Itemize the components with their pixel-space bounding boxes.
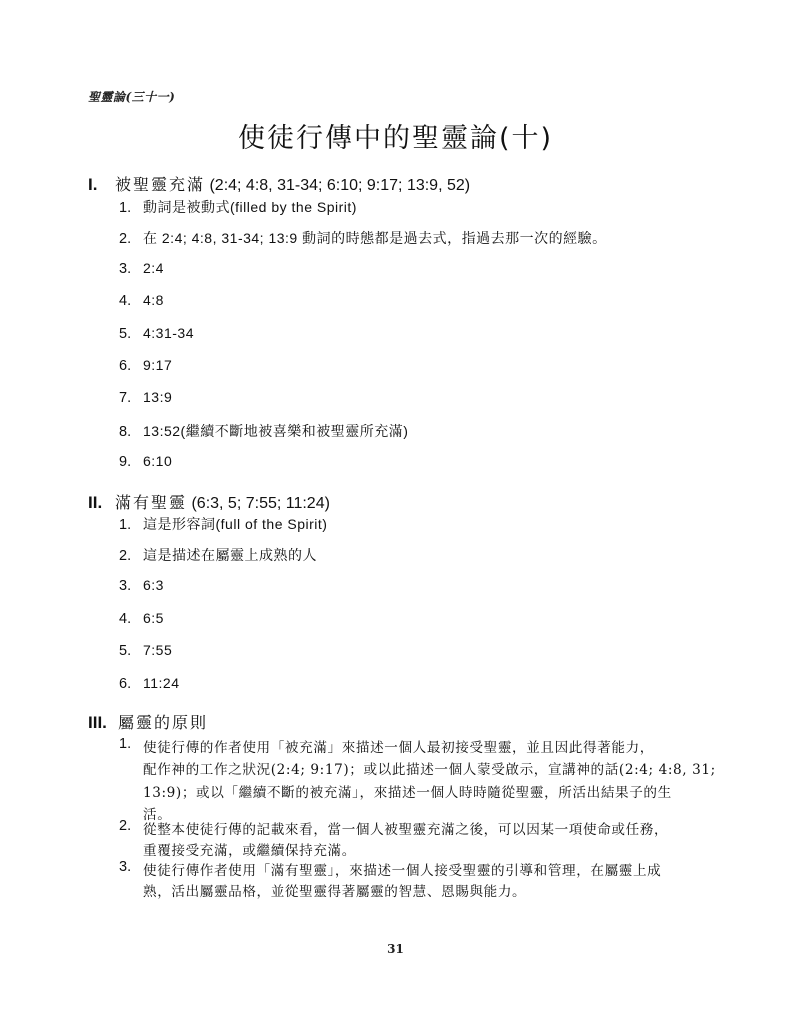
paragraph-line: 熟，活出屬靈品格，並從聖靈得著屬靈的智慧、恩賜與能力。 xyxy=(143,880,526,900)
list-item: 4.4:8 xyxy=(119,292,164,309)
list-item: 2.在 2:4; 4:8, 31-34; 13:9 動詞的時態都是過去式，指過去… xyxy=(119,228,607,248)
section-references: (2:4; 4:8, 31-34; 6:10; 9:17; 13:9, 52) xyxy=(209,177,470,194)
paragraph-line: 重覆接受充滿，或繼續保持充滿。 xyxy=(143,839,356,859)
paragraph-number: 1. xyxy=(119,736,131,752)
list-item: 6.9:17 xyxy=(119,357,172,374)
section-number: II. xyxy=(88,493,115,513)
section-number: III. xyxy=(88,713,118,733)
paragraph-number: 3. xyxy=(119,859,131,875)
list-item: 9.6:10 xyxy=(119,453,172,470)
list-item: 4.6:5 xyxy=(119,610,164,627)
page-title: 使徒行傳中的聖靈論(十) xyxy=(0,116,791,155)
list-item: 8.13:52(繼續不斷地被喜樂和被聖靈所充滿) xyxy=(119,421,408,441)
list-item: 3.6:3 xyxy=(119,577,164,594)
list-item: 1.動詞是被動式(filled by the Spirit) xyxy=(119,197,357,217)
section-title: 被聖靈充滿 xyxy=(115,175,205,194)
paragraph-line: 使徒行傳的作者使用「被充滿」來描述一個人最初接受聖靈，並且因此得著能力， xyxy=(143,736,654,756)
paragraph-number: 2. xyxy=(119,818,131,834)
list-item: 5.4:31-34 xyxy=(119,325,194,342)
list-item: 5.7:55 xyxy=(119,642,172,659)
section-references: (6:3, 5; 7:55; 11:24) xyxy=(191,495,329,512)
section-title: 滿有聖靈 xyxy=(115,493,187,512)
section-title: 屬靈的原則 xyxy=(118,713,208,732)
list-item: 6.11:24 xyxy=(119,675,180,692)
section-heading-1: I.被聖靈充滿 (2:4; 4:8, 31-34; 6:10; 9:17; 13… xyxy=(88,172,470,195)
section-number: I. xyxy=(88,175,115,195)
list-item: 2.這是描述在屬靈上成熟的人 xyxy=(119,545,317,565)
list-item: 7.13:9 xyxy=(119,389,172,406)
running-head: 聖靈論(三十一) xyxy=(88,88,175,105)
paragraph-line: 13:9)；或以「繼續不斷的被充滿」，來描述一個人時時隨從聖靈，所活出結果子的生 xyxy=(143,781,672,801)
page-number: 31 xyxy=(0,942,791,956)
paragraph-line: 從整本使徒行傳的記載來看，當一個人被聖靈充滿之後，可以因某一項使命或任務， xyxy=(143,818,668,838)
document-page: 聖靈論(三十一) 使徒行傳中的聖靈論(十) I.被聖靈充滿 (2:4; 4:8,… xyxy=(0,0,791,1024)
list-item: 3.2:4 xyxy=(119,260,164,277)
paragraph-line: 使徒行傳作者使用「滿有聖靈」，來描述一個人接受聖靈的引導和管理，在屬靈上成 xyxy=(143,859,661,879)
section-heading-3: III.屬靈的原則 xyxy=(88,710,208,733)
list-item: 1.這是形容詞(full of the Spirit) xyxy=(119,514,327,534)
paragraph-line: 配作神的工作之狀況(2:4; 9:17)；或以此描述一個人蒙受啟示，宣講神的話(… xyxy=(143,758,716,778)
section-heading-2: II.滿有聖靈 (6:3, 5; 7:55; 11:24) xyxy=(88,490,330,513)
